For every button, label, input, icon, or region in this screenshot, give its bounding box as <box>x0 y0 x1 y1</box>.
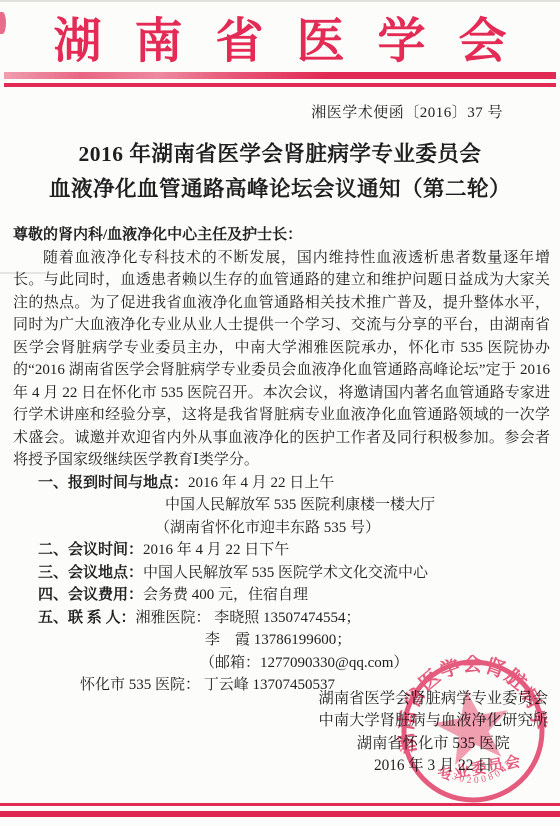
item-meeting-time-value: 2016 年 4 月 22 日下午 <box>143 542 289 558</box>
signature-org-1: 湖南省医学会肾脏病学专业委员会 <box>319 688 548 710</box>
letterhead-rule-thick <box>4 72 556 79</box>
contact-lixia: 李 霞 13786199600； <box>13 629 550 652</box>
notice-title: 2016 年湖南省医学会肾脏病学专业委员会 血液净化血管通路高峰论坛会议通知（第… <box>0 137 560 207</box>
item-registration-value: 2016 年 4 月 22 日上午 <box>188 475 334 491</box>
letterhead-rule-thin <box>4 83 556 87</box>
item-meeting-place-label: 三、会议地点： <box>38 565 143 581</box>
notice-title-line1: 2016 年湖南省医学会肾脏病学专业委员会 <box>0 137 560 172</box>
item-meeting-fee: 四、会议费用：会务费 400 元，住宿自理 <box>38 584 550 607</box>
item-contacts: 五、联 系 人：湘雅医院： 李晓照 13507474554； <box>38 607 550 630</box>
contact-email: （邮箱：1277090330@qq.com） <box>13 652 550 675</box>
item-contacts-label: 五、联 系 人： <box>38 610 136 626</box>
item-registration-label: 一、报到时间与地点： <box>38 475 188 491</box>
signature-date: 2016 年 3 月 22 日 <box>374 755 493 777</box>
letterhead-org-name: 湖南省医学会 <box>0 2 560 71</box>
notice-title-line2: 血液净化血管通路高峰论坛会议通知（第二轮） <box>0 172 560 207</box>
item-meeting-place: 三、会议地点：中国人民解放军 535 医院学术文化交流中心 <box>38 562 550 585</box>
item-registration-venue: 中国人民解放军 535 医院利康楼一楼大厅 <box>13 494 550 517</box>
footer-rule-thick <box>0 811 560 817</box>
item-meeting-place-value: 中国人民解放军 535 医院学术文化交流中心 <box>143 565 428 581</box>
item-meeting-fee-value: 会务费 400 元，住宿自理 <box>143 587 308 603</box>
scanned-notice-page: 湖南省医学会 湘医学术便函〔2016〕37 号 2016 年湖南省医学会肾脏病学… <box>0 0 560 826</box>
salutation: 尊敬的肾内科/血液净化中心主任及护士长： <box>13 224 550 247</box>
body-paragraph: 随着血液净化专科技术的不断发展，国内维持性血液透析患者数量逐年增长。与此同时，血… <box>13 247 550 472</box>
item-registration: 一、报到时间与地点：2016 年 4 月 22 日上午 <box>38 472 550 495</box>
item-registration-address: （湖南省怀化市迎丰东路 535 号） <box>13 517 550 540</box>
doc-number: 湘医学术便函〔2016〕37 号 <box>311 101 503 122</box>
notice-body: 尊敬的肾内科/血液净化中心主任及护士长： 随着血液净化专科技术的不断发展，国内维… <box>13 224 550 697</box>
contact-xiangya: 湘雅医院： 李晓照 13507474554； <box>136 610 361 626</box>
signature-org-2: 中南大学肾脏病与血液净化研究所 <box>319 710 548 732</box>
item-meeting-fee-label: 四、会议费用： <box>38 587 143 603</box>
item-meeting-time: 二、会议时间：2016 年 4 月 22 日下午 <box>38 539 550 562</box>
signature-block: 湖南省医学会肾脏病学专业委员会 中南大学肾脏病与血液净化研究所 湖南省怀化市 5… <box>319 688 548 778</box>
signature-org-3: 湖南省怀化市 535 医院 <box>357 733 510 755</box>
item-meeting-time-label: 二、会议时间： <box>38 542 143 558</box>
footer-rule-thin <box>0 803 560 806</box>
